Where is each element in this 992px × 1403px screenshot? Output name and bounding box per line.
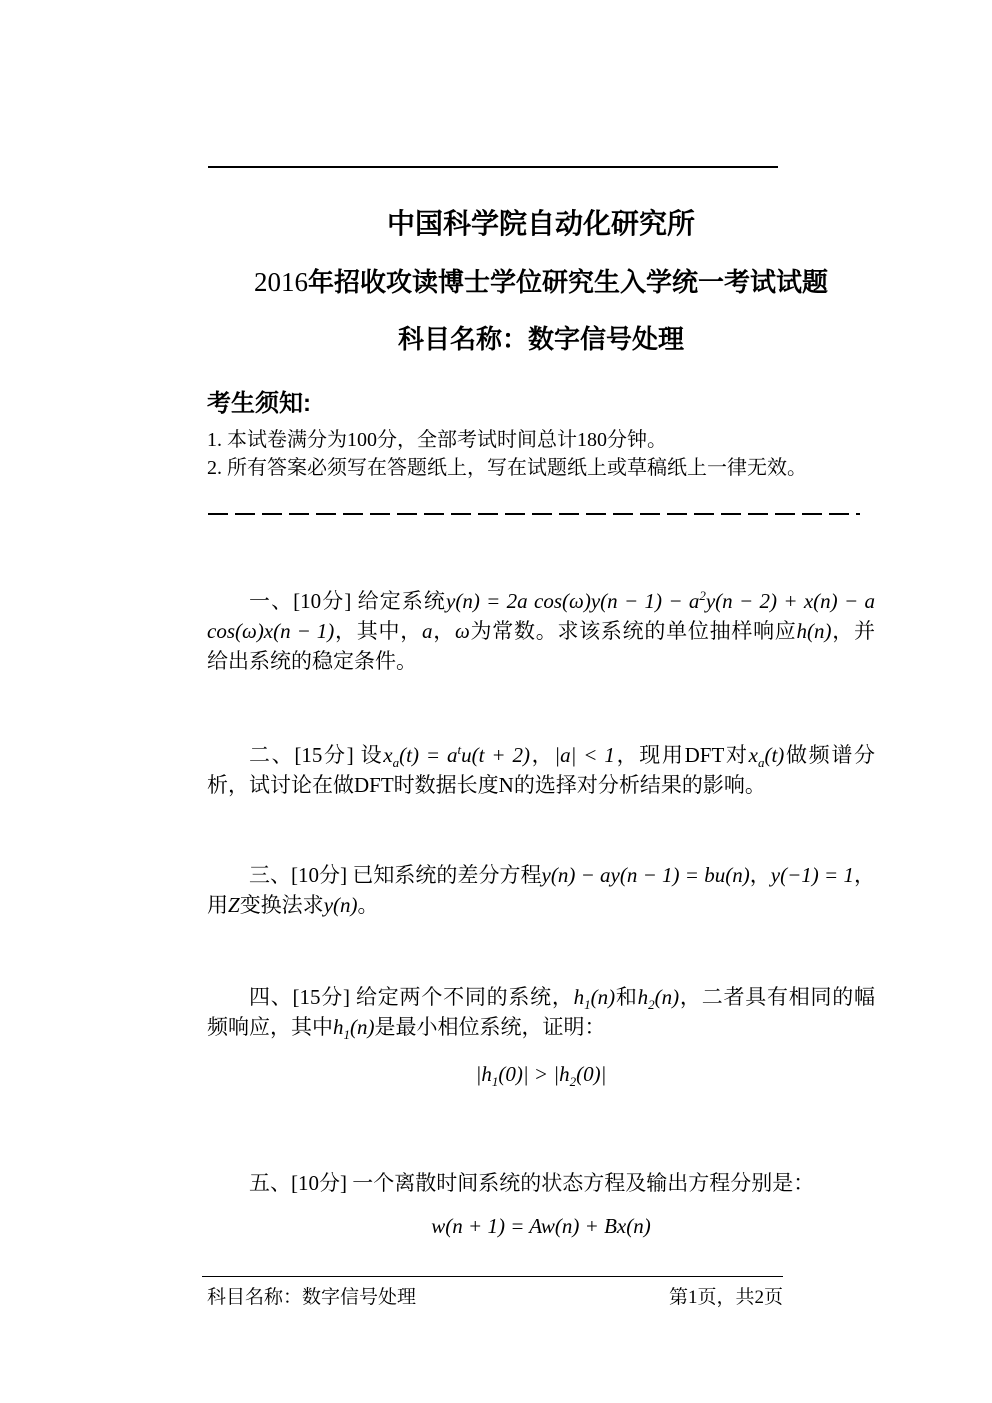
notice-item-1: 1. 本试卷满分为100分，全部考试时间总计180分钟。 [207, 426, 887, 454]
header-rule [208, 166, 778, 168]
math-run: h [638, 985, 649, 1009]
text-run: 五、[10分] 一个离散时间系统的状态方程及输出方程分别是： [249, 1171, 814, 1195]
math-run: y(n) − ay(n − 1) = bu(n) [542, 863, 750, 887]
exam-paper-page: 中国科学院自动化研究所 2016年招收攻读博士学位研究生入学统一考试试题 科目名… [0, 0, 992, 1403]
math-run: (n) [591, 985, 616, 1009]
text-run: 是最小相位系统，证明： [375, 1015, 606, 1039]
notice-section: 考生须知: 1. 本试卷满分为100分，全部考试时间总计180分钟。 2. 所有… [207, 383, 887, 482]
question-1: 一、[10分] 给定系统y(n) = 2a cos(ω)y(n − 1) − a… [207, 586, 875, 676]
math-run: |h [476, 1062, 492, 1086]
question-5-formula: w(n + 1) = Aw(n) + Bx(n) [207, 1210, 875, 1242]
math-run: (t) [764, 743, 784, 767]
exam-year: 2016 [254, 267, 308, 297]
subject-title: 科目名称：数字信号处理 [207, 319, 875, 356]
math-run: (0)| > |h [498, 1062, 569, 1086]
math-run: (0)| [576, 1062, 606, 1086]
text-run: ，其中， [334, 619, 422, 643]
question-2: 二、[15分] 设xa(t) = atu(t + 2)，|a| < 1，现用DF… [207, 740, 875, 800]
footer-page-indicator: 第1页，共2页 [669, 1282, 783, 1309]
question-3: 三、[10分] 已知系统的差分方程y(n) − ay(n − 1) = bu(n… [207, 860, 875, 920]
footer-rule [202, 1276, 783, 1277]
text-run: ，现用DFT对 [615, 743, 749, 767]
math-run: x [749, 743, 758, 767]
exam-title: 2016年招收攻读博士学位研究生入学统一考试试题 [207, 262, 875, 299]
math-run: y(−1) = 1 [771, 863, 854, 887]
math-run: Z [228, 893, 240, 917]
text-run: 四、[15分] 给定两个不同的系统， [249, 985, 574, 1009]
text-run: 为常数。求该系统的单位抽样响应 [470, 619, 797, 643]
text-run: 。 [358, 893, 379, 917]
math-run: x [383, 743, 392, 767]
question-2-text: 二、[15分] 设xa(t) = atu(t + 2)，|a| < 1，现用DF… [207, 740, 875, 800]
notice-item-2: 2. 所有答案必须写在答题纸上，写在试题纸上或草稿纸上一律无效。 [207, 454, 887, 482]
math-run: |a| < 1 [554, 743, 615, 767]
text-run: 和 [615, 985, 638, 1009]
question-3-text: 三、[10分] 已知系统的差分方程y(n) − ay(n − 1) = bu(n… [207, 860, 875, 920]
math-run: a [422, 619, 433, 643]
math-run: y(n) [324, 893, 358, 917]
text-run: 一、[10分] 给定系统 [249, 589, 446, 613]
math-run: h(n) [797, 619, 832, 643]
math-run: y(n) = 2a cos(ω)y(n − 1) − a [446, 589, 699, 613]
text-run: ， [750, 863, 771, 887]
text-run: 变换法求 [240, 893, 324, 917]
question-1-text: 一、[10分] 给定系统y(n) = 2a cos(ω)y(n − 1) − a… [207, 586, 875, 676]
math-run: ω [455, 619, 470, 643]
separator-dashed-rule [208, 513, 860, 515]
math-run: h [333, 1015, 344, 1039]
math-run: (n) [655, 985, 680, 1009]
question-5: 五、[10分] 一个离散时间系统的状态方程及输出方程分别是： [207, 1168, 875, 1198]
text-run: 三、[10分] 已知系统的差分方程 [249, 863, 542, 887]
question-5-text: 五、[10分] 一个离散时间系统的状态方程及输出方程分别是： [207, 1168, 875, 1198]
math-run: (n) [350, 1015, 375, 1039]
math-run: (t) = a [399, 743, 457, 767]
notice-heading: 考生须知: [207, 383, 887, 418]
question-4: 四、[15分] 给定两个不同的系统，h1(n)和h2(n)，二者具有相同的幅频响… [207, 982, 875, 1042]
page-footer: 科目名称：数字信号处理 第1页，共2页 [207, 1282, 783, 1309]
question-4-text: 四、[15分] 给定两个不同的系统，h1(n)和h2(n)，二者具有相同的幅频响… [207, 982, 875, 1042]
text-run: ， [530, 743, 554, 767]
text-run: ， [432, 619, 454, 643]
question-4-formula: |h1(0)| > |h2(0)| [207, 1058, 875, 1090]
math-run: u(t + 2) [461, 743, 530, 767]
text-run: 二、[15分] 设 [249, 743, 383, 767]
math-run: h [574, 985, 585, 1009]
math-run: w(n + 1) = Aw(n) + Bx(n) [431, 1214, 650, 1238]
footer-subject: 科目名称：数字信号处理 [207, 1282, 416, 1309]
institute-title: 中国科学院自动化研究所 [207, 202, 875, 242]
exam-title-text: 年招收攻读博士学位研究生入学统一考试试题 [308, 267, 828, 297]
